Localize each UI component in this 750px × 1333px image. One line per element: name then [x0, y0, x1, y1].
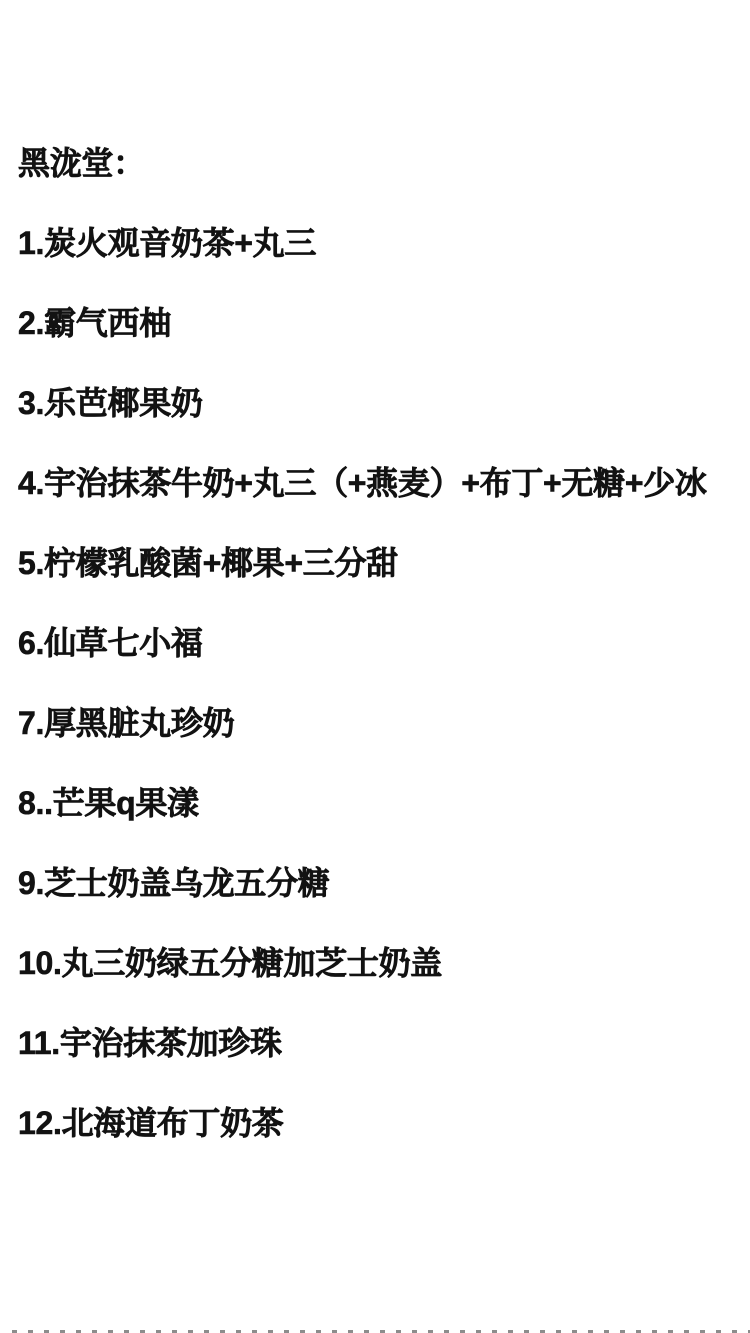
- menu-item-7: 7.厚黑脏丸珍奶: [18, 683, 744, 763]
- note-title: 黑泷堂：: [18, 123, 744, 203]
- menu-item-12: 12.北海道布丁奶茶: [18, 1083, 744, 1163]
- menu-item-1: 1.炭火观音奶茶+丸三: [18, 203, 744, 283]
- menu-item-2: 2.霸气西柚: [18, 283, 744, 363]
- menu-item-5: 5.柠檬乳酸菌+椰果+三分甜: [18, 523, 744, 603]
- menu-item-9: 9.芝士奶盖乌龙五分糖: [18, 843, 744, 923]
- menu-item-3: 3.乐芭椰果奶: [18, 363, 744, 443]
- menu-item-4: 4.宇治抹茶牛奶+丸三（+燕麦）+布丁+无糖+少冰: [18, 443, 744, 523]
- drink-order-note: 黑泷堂： 1.炭火观音奶茶+丸三 2.霸气西柚 3.乐芭椰果奶 4.宇治抹茶牛奶…: [18, 123, 744, 1163]
- menu-item-6: 6.仙草七小福: [18, 603, 744, 683]
- menu-item-11: 11.宇治抹茶加珍珠: [18, 1003, 744, 1083]
- menu-item-8: 8..芒果q果漾: [18, 763, 744, 843]
- menu-item-10: 10.丸三奶绿五分糖加芝士奶盖: [18, 923, 744, 1003]
